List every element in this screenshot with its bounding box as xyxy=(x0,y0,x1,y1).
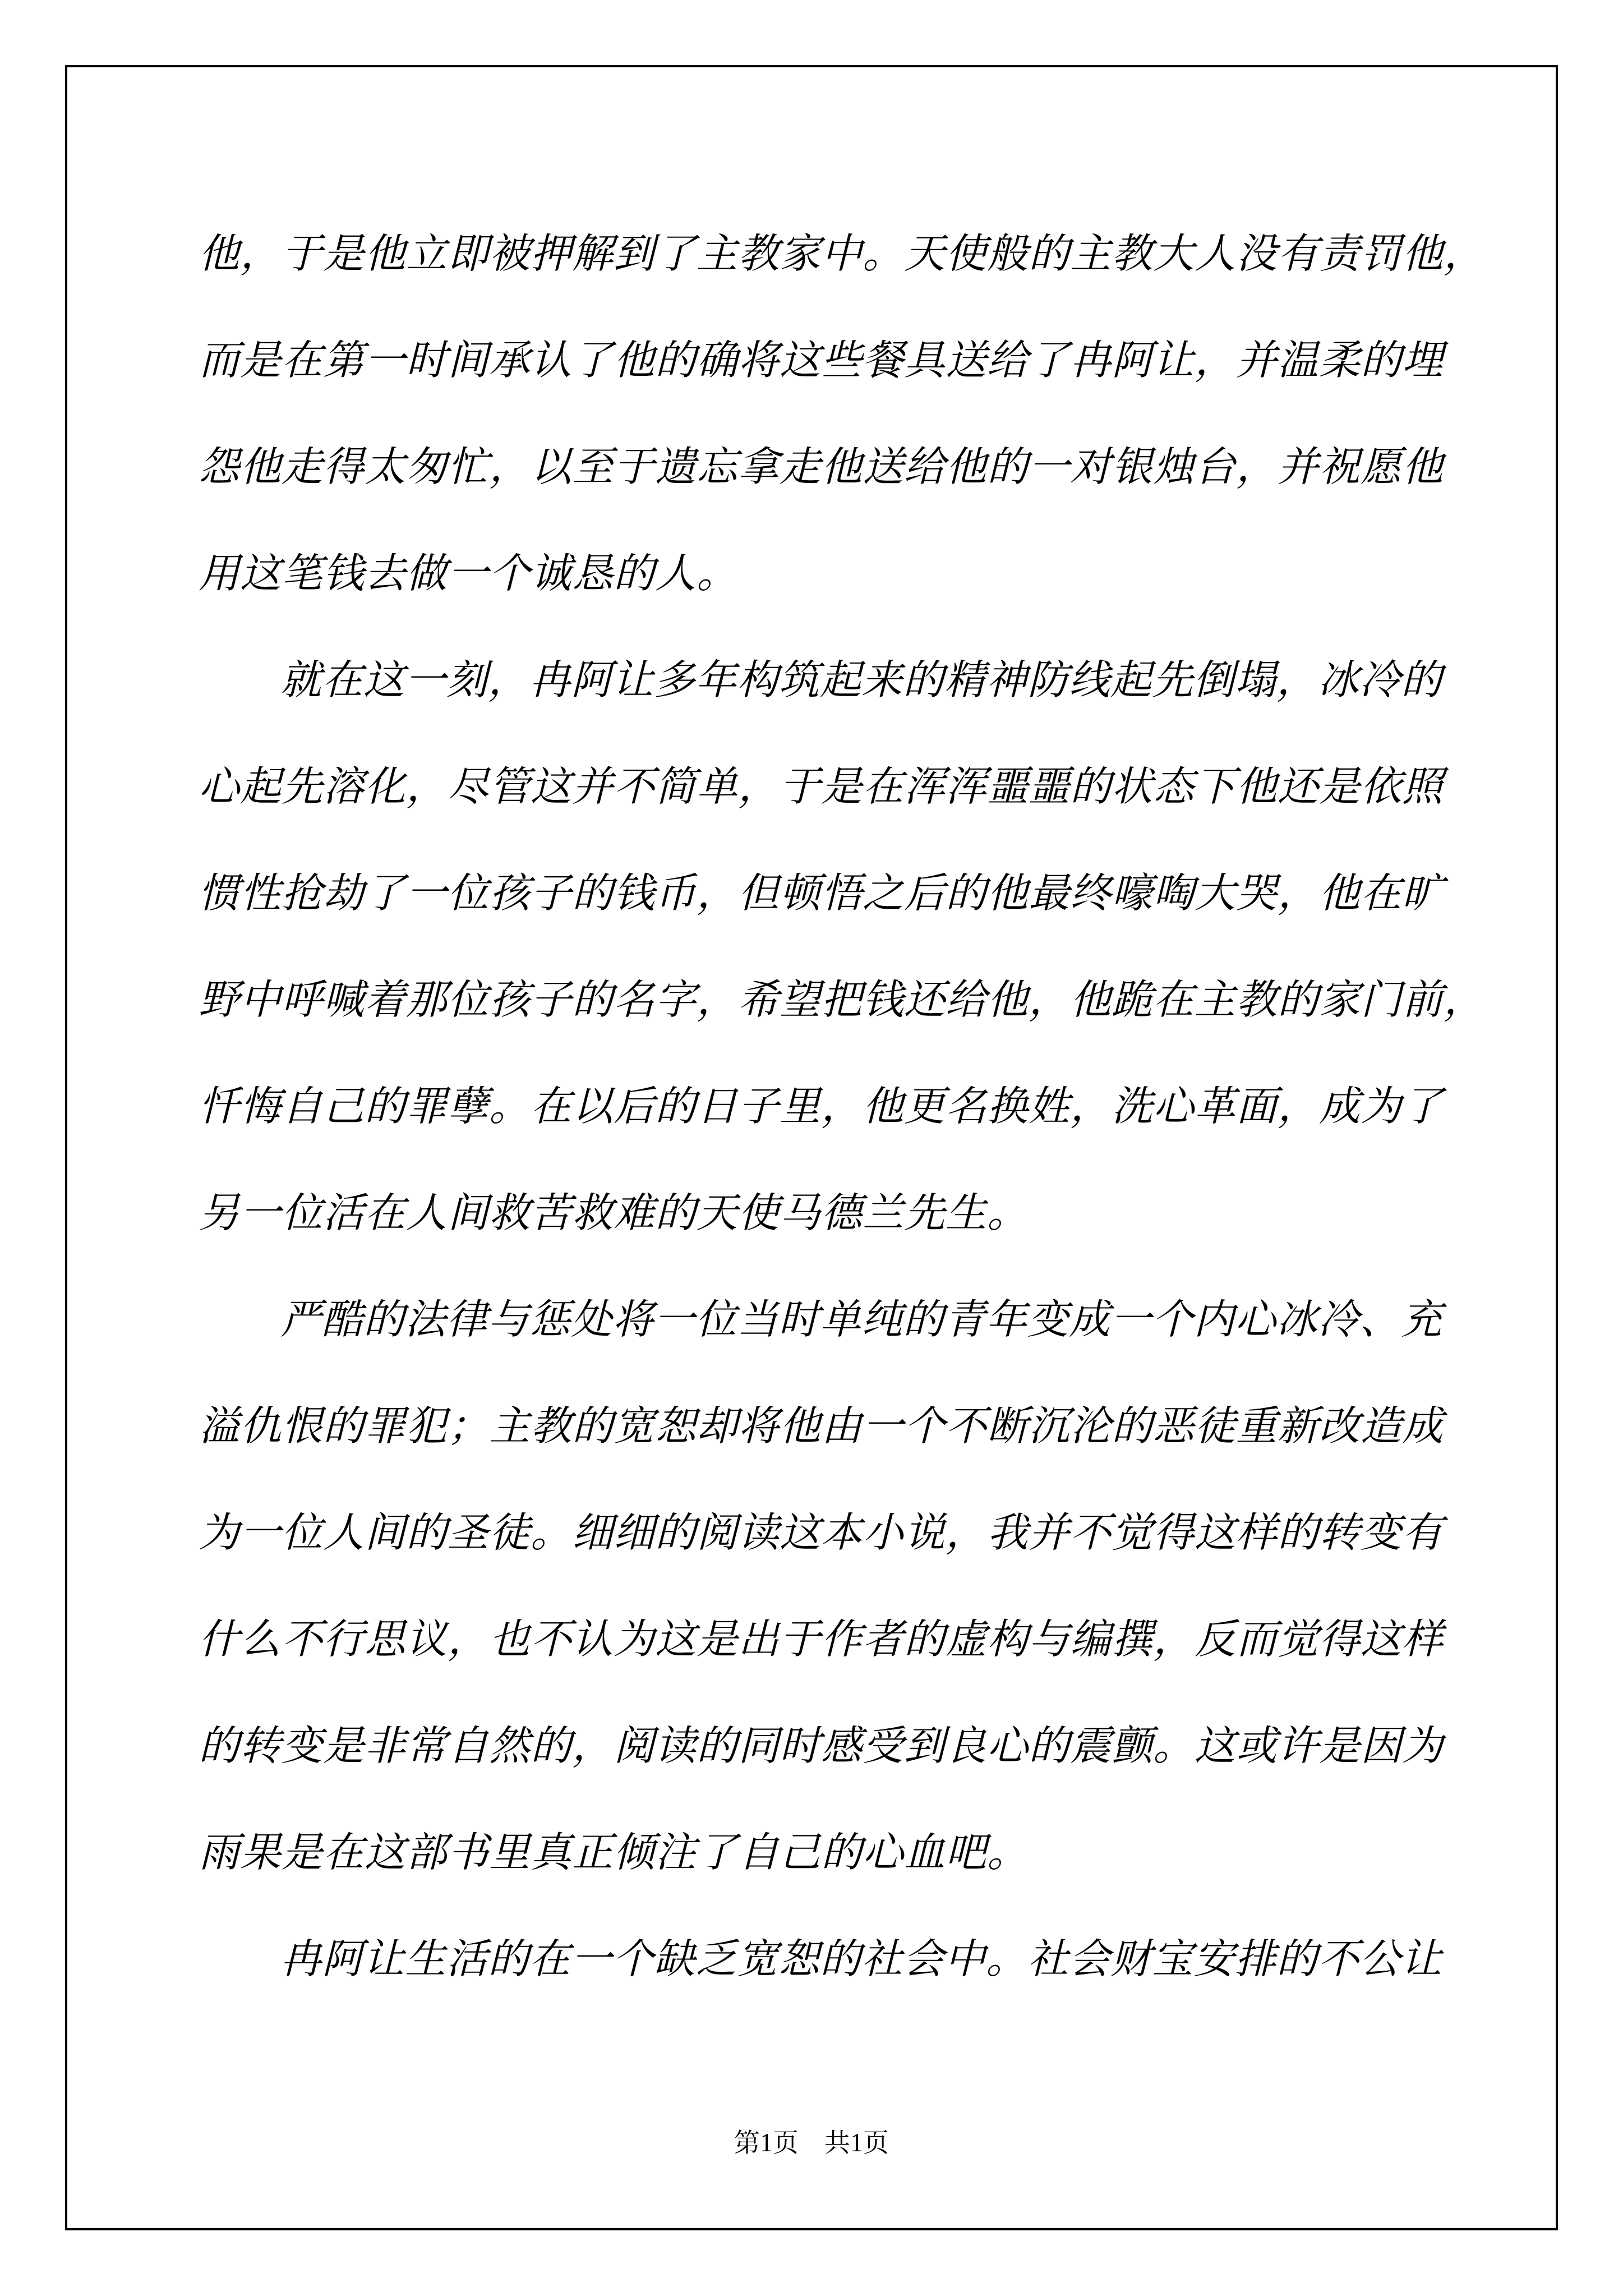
text-line-17: 冉阿让生活的在一个缺乏宽恕的社会中。社会财宝安排的不公让 xyxy=(199,1906,1488,2013)
text-line-11: 严酷的法律与惩处将一位当时单纯的青年变成一个内心冰冷、充 xyxy=(199,1267,1488,1373)
text-line-4: 用这笔钱去做一个诚恳的人。 xyxy=(199,521,1488,627)
text-line-15: 的转变是非常自然的，阅读的同时感受到良心的震颤。这或许是因为 xyxy=(199,1693,1488,1800)
text-line-16: 雨果是在这部书里真正倾注了自己的心血吧。 xyxy=(199,1800,1488,1906)
text-line-2: 而是在第一时间承认了他的确将这些餐具送给了冉阿让，并温柔的埋 xyxy=(199,307,1488,414)
text-line-6: 心起先溶化，尽管这并不简单，于是在浑浑噩噩的状态下他还是依照 xyxy=(199,734,1488,840)
document-body: 他，于是他立即被押解到了主教家中。天使般的主教大人没有责罚他， 而是在第一时间承… xyxy=(199,201,1488,2013)
document-page: 他，于是他立即被押解到了主教家中。天使般的主教大人没有责罚他， 而是在第一时间承… xyxy=(0,0,1623,2296)
text-line-1: 他，于是他立即被押解到了主教家中。天使般的主教大人没有责罚他， xyxy=(199,201,1488,307)
text-line-13: 为一位人间的圣徒。细细的阅读这本小说，我并不觉得这样的转变有 xyxy=(199,1480,1488,1586)
text-line-14: 什么不行思议，也不认为这是出于作者的虚构与编撰，反而觉得这样 xyxy=(199,1586,1488,1693)
text-line-7: 惯性抢劫了一位孩子的钱币，但顿悟之后的他最终嚎啕大哭，他在旷 xyxy=(199,840,1488,947)
text-line-8: 野中呼喊着那位孩子的名字，希望把钱还给他，他跪在主教的家门前， xyxy=(199,947,1488,1053)
text-line-3: 怨他走得太匆忙，以至于遗忘拿走他送给他的一对银烛台，并祝愿他 xyxy=(199,414,1488,521)
text-line-9: 忏悔自己的罪孽。在以后的日子里，他更名换姓，洗心革面，成为了 xyxy=(199,1053,1488,1160)
page-footer: 第1页 共1页 xyxy=(0,2127,1623,2159)
page-number-label: 第1页 共1页 xyxy=(734,2128,889,2157)
text-line-12: 溢仇恨的罪犯；主教的宽恕却将他由一个不断沉沦的恶徒重新改造成 xyxy=(199,1373,1488,1480)
text-line-10: 另一位活在人间救苦救难的天使马德兰先生。 xyxy=(199,1160,1488,1267)
text-line-5: 就在这一刻，冉阿让多年构筑起来的精神防线起先倒塌，冰冷的 xyxy=(199,627,1488,734)
